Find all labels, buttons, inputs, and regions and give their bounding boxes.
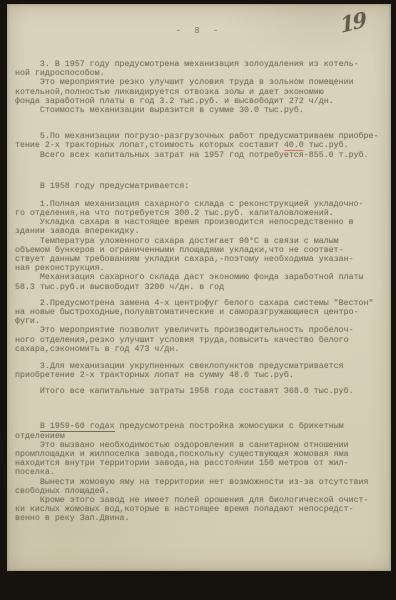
underlined-value: 58.3 [15, 283, 35, 292]
text-segment: объемом бункеров и ограниченными площадя… [15, 246, 344, 255]
text-segment: ного отделения,резко улучшит условия тру… [15, 336, 349, 345]
underlined-value: 48.0 [229, 371, 249, 380]
line-gap [15, 292, 387, 299]
document-page: - 8 - 19 3. В 1957 году предусмотрена ме… [7, 4, 391, 571]
text-segment: отделением [15, 432, 65, 441]
text-segment: тыс.руб. [259, 106, 304, 115]
underlined-value: 3.2 [159, 97, 174, 106]
text-segment: Механизация сахарного склада даст эконом… [15, 273, 364, 282]
text-segment: Это вызвано необходимостью оздоровления … [15, 441, 349, 450]
text-segment: ной гидроспособом. [15, 69, 105, 78]
text-line: находится внутри территории завода,на ра… [15, 459, 387, 468]
text-segment: ствует данным требованиям укладки сахара… [15, 255, 354, 264]
text-line: ная реконструкция. [15, 264, 387, 273]
underlined-value: 300.2 [174, 209, 199, 218]
text-line: ной гидроспособом. [15, 69, 387, 78]
text-segment: приобретение 2-х тракторных лопат на сум… [15, 371, 229, 380]
text-segment: Вынести жомовую яму на территории нет во… [15, 478, 369, 487]
text-line: промплощадки и жилпоселка завода,посколь… [15, 450, 387, 459]
text-segment: Кроме этого завод не имеет полей орошени… [15, 496, 369, 505]
text-segment: Стоимость механизации выразится в сумме [15, 106, 239, 115]
line-gap [15, 396, 387, 422]
text-segment: здании завода вперекидку. [15, 227, 139, 236]
text-line: Это вызвано необходимостью оздоровления … [15, 441, 387, 450]
text-segment: Это мероприятие резко улучшит условия тр… [15, 78, 354, 87]
text-segment [15, 422, 40, 431]
text-segment: сахара,сэкономить в год [15, 345, 135, 354]
text-line: объемом бункеров и ограниченными площадя… [15, 246, 387, 255]
text-segment: котельной,полностью ликвидируется отвозк… [15, 88, 324, 97]
text-line: Механизация сахарного склада даст эконом… [15, 273, 387, 282]
text-line: Это мероприятие резко улучшит условия тр… [15, 78, 387, 87]
underlined-value: В 1958 году предусматривается: [40, 182, 189, 191]
text-segment: ки кислых жомовых вод,которые в настояще… [15, 505, 354, 514]
text-line: поселка. [15, 468, 387, 477]
text-line: го отделения,на что потребуется 300.2 ты… [15, 209, 387, 218]
text-segment: тыс.руб. [249, 371, 294, 380]
underlined-value: 3200 ч/дн. [144, 283, 194, 292]
underlined-value: 368.0 [284, 387, 309, 396]
text-line: Всего всех капитальных затрат на 1957 го… [15, 151, 387, 160]
text-segment: на новые быстроходные,полуавтоматические… [15, 308, 359, 317]
text-line: 3.Для механизации укрупненных свеклопунк… [15, 362, 387, 371]
text-line: на новые быстроходные,полуавтоматические… [15, 308, 387, 317]
text-line: Температура уложенного сахара достигает … [15, 237, 387, 246]
text-segment: предусмотрена постройка жомосушки с брик… [115, 422, 344, 431]
text-line: ствует данным требованиям укладки сахара… [15, 255, 387, 264]
text-segment: . [329, 97, 334, 106]
text-segment: фонда заработной платы в год [15, 97, 159, 106]
text-segment: тение 2-х тракторных лопат,стоимость кот… [15, 141, 284, 150]
text-line: 5.По механизации погрузо-разгрузочных ра… [15, 132, 387, 141]
text-segment: тыс.руб. капиталовложений. [199, 209, 333, 218]
text-line: ного отделения,резко улучшит условия тру… [15, 336, 387, 345]
text-segment: поселка. [15, 468, 55, 477]
text-line: 1.Полная механизация сахарного склада с … [15, 200, 387, 209]
text-segment: 5.По механизации погрузо-разгрузочных ра… [15, 132, 378, 141]
document-lines: 3. В 1957 году предусмотрена механизация… [15, 60, 387, 524]
text-line: Это мероприятие позволит увеличить произ… [15, 326, 387, 335]
text-line: В 1958 году предусматривается: [15, 182, 387, 191]
text-line: сахара,сэкономить в год 473 ч/дн. [15, 345, 387, 354]
text-segment: Укладка сахара в настоящее время произво… [15, 218, 354, 227]
text-segment: 3. В 1957 году предусмотрена механизация… [15, 60, 359, 69]
underlined-value: 30.0 [239, 106, 259, 115]
text-segment: тыс.руб. [309, 387, 354, 396]
text-line: Стоимость механизации выразится в сумме … [15, 106, 387, 115]
text-line: фуги. [15, 317, 387, 326]
text-line: приобретение 2-х тракторных лопат на сум… [15, 371, 387, 380]
line-gap [15, 380, 387, 387]
text-segment: промплощадки и жилпоселка завода,посколь… [15, 450, 349, 459]
text-segment: 1.Полная механизация сахарного склада с … [15, 200, 364, 209]
text-line: 2.Предусмотрена замена 4-х центрофуг бел… [15, 299, 387, 308]
line-gap [15, 354, 387, 362]
text-line: тение 2-х тракторных лопат,стоимость кот… [15, 141, 387, 150]
underlined-value: 272 ч/дн [289, 97, 329, 106]
text-segment: в год [194, 283, 224, 292]
text-segment: Всего всех капитальных затрат на 1957 го… [15, 151, 309, 160]
text-segment: тыс.руб. и высвободит [174, 97, 289, 106]
underlined-value: 40.0 [284, 141, 304, 150]
text-line: 3. В 1957 году предусмотрена механизация… [15, 60, 387, 69]
text-line: котельной,полностью ликвидируется отвозк… [15, 88, 387, 97]
text-line: ки кислых жомовых вод,которые в настояще… [15, 505, 387, 514]
text-line: Укладка сахара в настоящее время произво… [15, 218, 387, 227]
text-line: венно в реку Зап.Двина. [15, 514, 387, 523]
text-segment: ная реконструкция. [15, 264, 105, 273]
page-number: - 8 - [7, 26, 391, 36]
underlined-value: В 1959-60 годах [40, 422, 115, 431]
text-segment: Итого все капитальные затраты 1958 года … [15, 387, 284, 396]
text-line: отделением [15, 432, 387, 441]
line-gap [15, 115, 387, 132]
text-segment: фуги. [15, 317, 40, 326]
text-line: Итого все капитальные затраты 1958 года … [15, 387, 387, 396]
text-segment [15, 182, 40, 191]
text-segment: венно в реку Зап.Двина. [15, 514, 130, 523]
underlined-value: 855.0 [309, 151, 334, 160]
text-segment: го отделения,на что потребуется [15, 209, 174, 218]
text-line: 58.3 тыс.руб.и высвободит 3200 ч/дн. в г… [15, 283, 387, 292]
text-line: Кроме этого завод не имеет полей орошени… [15, 496, 387, 505]
text-segment: Это мероприятие позволит увеличить произ… [15, 326, 354, 335]
text-segment: тыс.руб.и высвободит [35, 283, 145, 292]
text-line: здании завода вперекидку. [15, 227, 387, 236]
text-line: свободных площадей. [15, 487, 387, 496]
text-segment: 3.Для механизации укрупненных свеклопунк… [15, 362, 344, 371]
line-gap [15, 160, 387, 182]
text-segment: Температура уложенного сахара достигает … [15, 237, 339, 246]
text-segment: 2.Предусмотрена замена 4-х центрофуг бел… [15, 299, 373, 308]
underlined-value: 473 ч/дн. [135, 345, 180, 354]
text-segment: тыс.руб. [304, 141, 349, 150]
scanned-document: - 8 - 19 3. В 1957 году предусмотрена ме… [0, 0, 396, 600]
text-line: В 1959-60 годах предусмотрена постройка … [15, 422, 387, 431]
text-segment: свободных площадей. [15, 487, 110, 496]
text-line: фонда заработной платы в год 3.2 тыс.руб… [15, 97, 387, 106]
text-line: Вынести жомовую яму на территории нет во… [15, 478, 387, 487]
line-gap [15, 191, 387, 200]
text-segment: находится внутри территории завода,на ра… [15, 459, 349, 468]
text-segment: т.руб. [334, 151, 369, 160]
